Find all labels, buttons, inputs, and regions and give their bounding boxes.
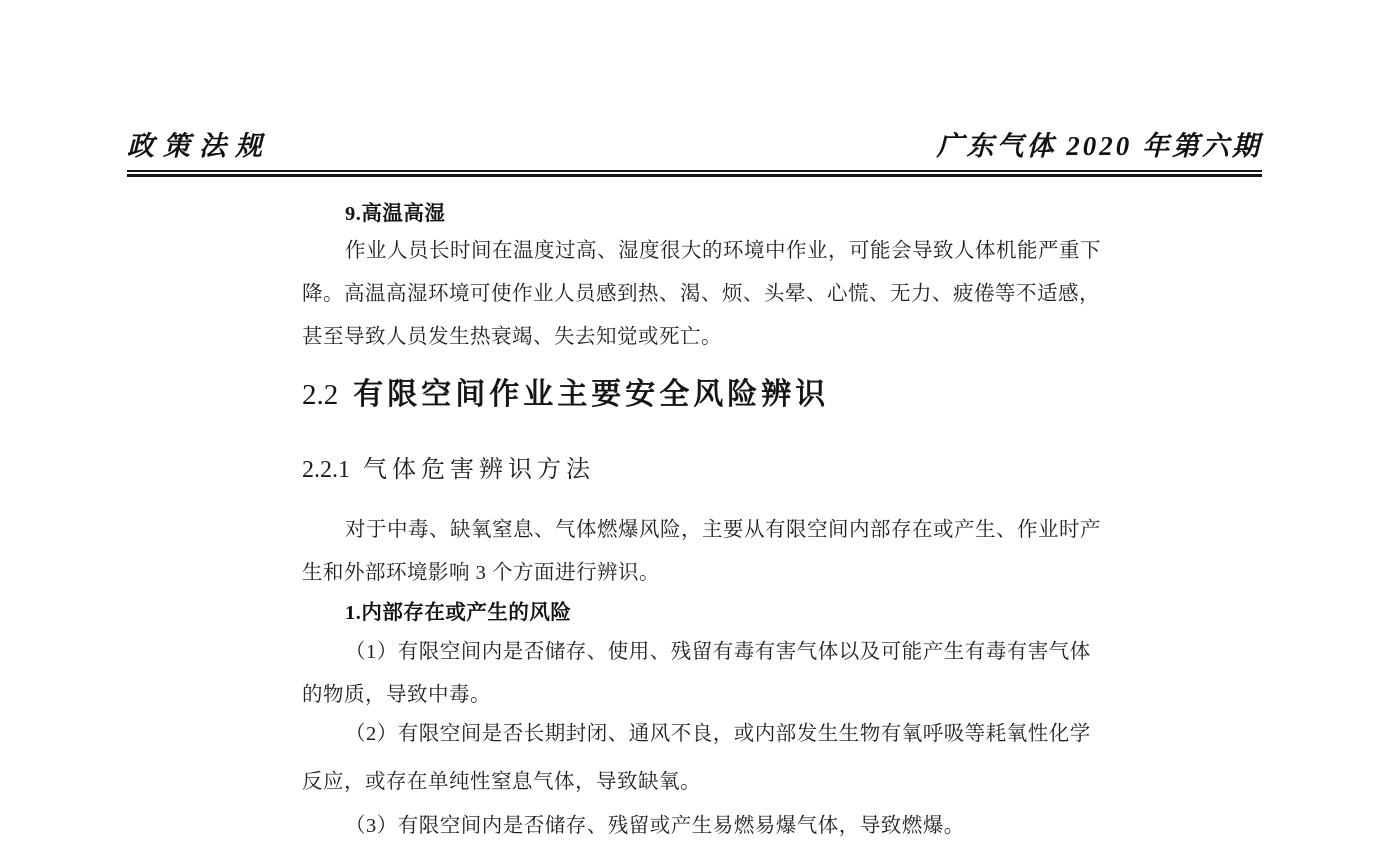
subheading-9-hot-humid: 9.高温高湿: [302, 199, 1123, 229]
section-heading-number: 2.2: [302, 379, 338, 411]
subheading-1-internal-risk: 1.内部存在或产生的风险: [302, 598, 1123, 628]
section-heading-2-2: 2.2有限空间作业主要安全风险辨识: [302, 369, 829, 413]
list-item-2-line: 反应，或存在单纯性窒息气体，导致缺氧。: [302, 767, 1080, 797]
list-item-3-line: （3）有限空间内是否储存、残留或产生易燃易爆气体，导致燃爆。: [302, 811, 1123, 841]
subsection-heading-2-2-1: 2.2.1气体危害辨识方法: [302, 449, 595, 484]
paragraph-line: 降。高温高湿环境可使作业人员感到热、渴、烦、头晕、心慌、无力、疲倦等不适感，: [302, 279, 1080, 309]
paragraph-line: 作业人员长时间在温度过高、湿度很大的环境中作业，可能会导致人体机能严重下: [302, 236, 1123, 266]
paragraph-line: 生和外部环境影响 3 个方面进行辨识。: [302, 558, 1080, 588]
list-item-1-line: （1）有限空间内是否储存、使用、残留有毒有害气体以及可能产生有毒有害气体: [302, 637, 1123, 667]
paragraph-line: 甚至导致人员发生热衰竭、失去知觉或死亡。: [302, 322, 1080, 352]
subsection-heading-number: 2.2.1: [302, 457, 350, 483]
header-section-label: 政策法规: [127, 124, 271, 163]
document-body: 9.高温高湿 作业人员长时间在温度过高、湿度很大的环境中作业，可能会导致人体机能…: [302, 0, 1080, 846]
document-page: 政策法规 广东气体 2020 年第六期 9.高温高湿 作业人员长时间在温度过高、…: [0, 0, 1385, 846]
list-item-1-line: 的物质，导致中毒。: [302, 680, 1080, 710]
list-item-2-line: （2）有限空间是否长期封闭、通风不良，或内部发生生物有氧呼吸等耗氧性化学: [302, 719, 1123, 749]
subsection-heading-title: 气体危害辨识方法: [363, 457, 595, 483]
section-heading-title: 有限空间作业主要安全风险辨识: [353, 378, 829, 411]
paragraph-line: 对于中毒、缺氧窒息、气体燃爆风险，主要从有限空间内部存在或产生、作业时产: [302, 515, 1123, 545]
